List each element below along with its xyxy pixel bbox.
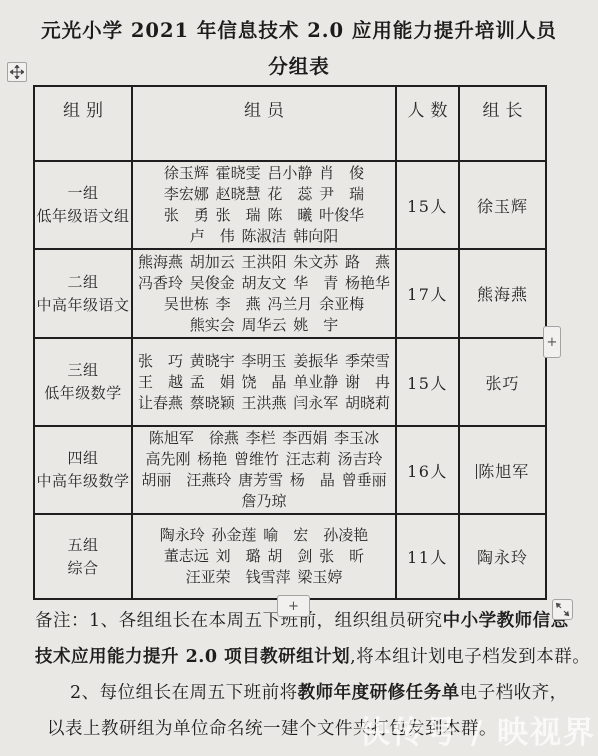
members-cell: 陈旭军 徐燕 李栏 李西娟 李玉冰高先刚 杨艳 曾维竹 汪志莉 汤吉玲胡丽 汪燕… — [132, 426, 396, 514]
insert-row-button[interactable]: + — [543, 326, 561, 358]
count-cell: 15人 — [396, 161, 459, 249]
table-row: 二组中高年级语文熊海燕 胡加云 王洪阳 朱文苏 路 燕冯香玲 吴俊金 胡友文 华… — [34, 249, 546, 338]
note-text: 2、每位组长在周五下班前将 — [70, 683, 298, 703]
count-cell: 17人 — [396, 249, 459, 338]
plus-icon: + — [288, 599, 299, 614]
leader-cell: 张巧 — [459, 338, 546, 426]
leader-cell: 徐玉辉 — [459, 161, 546, 249]
watermark: 快传号 / 映视界 — [359, 707, 596, 752]
grouping-table: 组别 组员 人数 组长 一组低年级语文组徐玉辉 霍晓雯 吕小静 肖 俊李宏娜 赵… — [33, 85, 547, 600]
members-cell: 陶永玲 孙金莲 喻 宏 孙凌艳董志远 刘 璐 胡 剑 张 昕汪亚荣 钱雪萍 梁玉… — [132, 514, 396, 599]
member-line: 熊实会 周华云 姚 宇 — [133, 315, 395, 336]
table-header-row: 组别 组员 人数 组长 — [34, 86, 546, 161]
leader-cell: 熊海燕 — [459, 249, 546, 338]
plus-icon: + — [547, 335, 558, 350]
group-name-line: 一组 — [35, 182, 131, 205]
group-name-cell: 四组中高年级数学 — [34, 426, 132, 514]
leader-cell: 陈旭军 — [459, 426, 546, 514]
header-members: 组员 — [132, 86, 396, 161]
note-text: 电子档收齐， — [460, 683, 568, 703]
leader-name: 张巧 — [485, 374, 519, 393]
group-name-line: 低年级语文组 — [35, 205, 131, 228]
member-line: 冯香玲 吴俊金 胡友文 华 青 杨艳华 — [133, 273, 395, 294]
group-name-line: 中高年级数学 — [35, 470, 131, 493]
count-cell: 16人 — [396, 426, 459, 514]
table-move-handle[interactable] — [7, 62, 27, 82]
member-line: 王 越 孟 娟 饶 晶 单业静 谢 冉 — [133, 372, 395, 393]
page-title-line2: 分组表 — [0, 49, 598, 85]
group-name-line: 五组 — [35, 534, 131, 557]
member-line: 徐玉辉 霍晓雯 吕小静 肖 俊 — [133, 163, 395, 184]
leader-name: 陈旭军 — [478, 462, 529, 481]
note-line: 技术应用能力提升 2.0 项目教研组计划,将本组计划电子档发到本群。 — [35, 645, 590, 669]
group-name-line: 综合 — [35, 557, 131, 580]
group-name-line: 中高年级语文 — [35, 294, 131, 317]
table-row: 四组中高年级数学陈旭军 徐燕 李栏 李西娟 李玉冰高先刚 杨艳 曾维竹 汪志莉 … — [34, 426, 546, 514]
member-line: 陈旭军 徐燕 李栏 李西娟 李玉冰 — [133, 428, 395, 449]
header-group: 组别 — [34, 86, 132, 161]
group-name-line: 四组 — [35, 447, 131, 470]
member-line: 卢 伟 陈淑洁 韩向阳 — [133, 226, 395, 247]
group-table-body: 一组低年级语文组徐玉辉 霍晓雯 吕小静 肖 俊李宏娜 赵晓慧 花 蕊 尹 瑞张 … — [34, 161, 546, 599]
members-cell: 张 巧 黄晓宇 李明玉 姜振华 季荣雪王 越 孟 娟 饶 晶 单业静 谢 冉让春… — [132, 338, 396, 426]
table-row: 五组综合陶永玲 孙金莲 喻 宏 孙凌艳董志远 刘 璐 胡 剑 张 昕汪亚荣 钱雪… — [34, 514, 546, 599]
member-line: 张 勇 张 瑞 陈 曦 叶俊华 — [133, 205, 395, 226]
member-line: 陶永玲 孙金莲 喻 宏 孙凌艳 — [133, 525, 395, 546]
document-page: 元光小学 2021 年信息技术 2.0 应用能力提升培训人员 分组表 — [0, 0, 598, 756]
group-name-line: 三组 — [35, 359, 131, 382]
note-text: ,将本组计划电子档发到本群。 — [350, 647, 590, 667]
move-icon — [10, 65, 24, 79]
member-line: 李宏娜 赵晓慧 花 蕊 尹 瑞 — [133, 184, 395, 205]
group-name-cell: 五组综合 — [34, 514, 132, 599]
header-count: 人数 — [396, 86, 459, 161]
member-line: 让春燕 蔡晓颖 王洪燕 闫永军 胡晓莉 — [133, 393, 395, 414]
leader-name: 熊海燕 — [477, 285, 528, 304]
leader-name: 徐玉辉 — [477, 197, 528, 216]
group-name-cell: 三组低年级数学 — [34, 338, 132, 426]
member-line: 胡丽 汪燕玲 唐芳雪 杨 晶 曾垂丽 — [133, 470, 395, 491]
leader-name: 陶永玲 — [477, 548, 528, 567]
count-cell: 15人 — [396, 338, 459, 426]
insert-column-button[interactable]: + — [277, 595, 310, 617]
page-title-line1: 元光小学 2021 年信息技术 2.0 应用能力提升培训人员 — [0, 13, 598, 49]
page-title: 元光小学 2021 年信息技术 2.0 应用能力提升培训人员 分组表 — [0, 13, 598, 85]
member-line: 张 巧 黄晓宇 李明玉 姜振华 季荣雪 — [133, 351, 395, 372]
table-row: 一组低年级语文组徐玉辉 霍晓雯 吕小静 肖 俊李宏娜 赵晓慧 花 蕊 尹 瑞张 … — [34, 161, 546, 249]
group-name-line: 二组 — [35, 271, 131, 294]
note-text: 备注：1、各组组长在本周五下班前，组织组员研究 — [35, 611, 443, 631]
count-cell: 11人 — [396, 514, 459, 599]
member-line: 董志远 刘 璐 胡 剑 张 昕 — [133, 546, 395, 567]
note-bold-text: 技术应用能力提升 2.0 项目教研组计划 — [35, 647, 350, 667]
resize-diagonal-icon — [555, 602, 570, 617]
group-name-line: 低年级数学 — [35, 382, 131, 405]
header-leader: 组长 — [459, 86, 546, 161]
table-row: 三组低年级数学张 巧 黄晓宇 李明玉 姜振华 季荣雪王 越 孟 娟 饶 晶 单业… — [34, 338, 546, 426]
member-line: 詹乃琼 — [133, 491, 395, 512]
text-cursor — [476, 464, 478, 479]
member-line: 吴世栋 李 燕 冯兰月 余亚梅 — [133, 294, 395, 315]
table-resize-handle[interactable] — [552, 599, 573, 620]
members-cell: 熊海燕 胡加云 王洪阳 朱文苏 路 燕冯香玲 吴俊金 胡友文 华 青 杨艳华吴世… — [132, 249, 396, 338]
member-line: 熊海燕 胡加云 王洪阳 朱文苏 路 燕 — [133, 252, 395, 273]
leader-cell: 陶永玲 — [459, 514, 546, 599]
group-name-cell: 二组中高年级语文 — [34, 249, 132, 338]
group-name-cell: 一组低年级语文组 — [34, 161, 132, 249]
note-bold-text: 中小学教师信息 — [443, 611, 569, 631]
members-cell: 徐玉辉 霍晓雯 吕小静 肖 俊李宏娜 赵晓慧 花 蕊 尹 瑞张 勇 张 瑞 陈 … — [132, 161, 396, 249]
member-line: 汪亚荣 钱雪萍 梁玉婷 — [133, 567, 395, 588]
note-bold-text: 教师年度研修任务单 — [298, 683, 460, 703]
member-line: 高先刚 杨艳 曾维竹 汪志莉 汤吉玲 — [133, 449, 395, 470]
note-line: 2、每位组长在周五下班前将教师年度研修任务单电子档收齐， — [70, 681, 568, 705]
